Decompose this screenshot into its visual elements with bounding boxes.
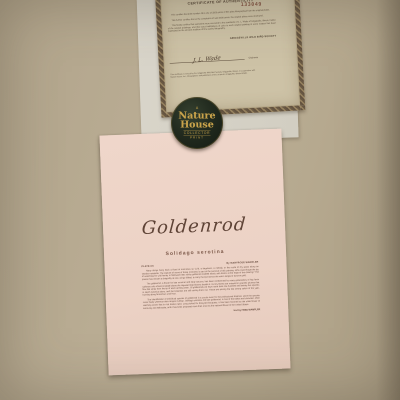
certificate-society-name: GRIGGSVILLE WILD BIRD SOCIETY xyxy=(169,35,277,43)
text-credit: text by FRED WAMPLER xyxy=(143,308,260,315)
album-page-photo: CERTIFICATE OF AUTHENTICITY 133049 This … xyxy=(0,0,400,400)
seal-word-house: House xyxy=(180,120,214,129)
latin-name: Solidago serotina xyxy=(104,247,286,260)
seal-text: A Nature House COLLECTOR PRINT xyxy=(171,97,223,149)
certificate-content: CERTIFICATE OF AUTHENTICITY 133049 This … xyxy=(160,0,285,102)
goldenrod-description-page: Goldenrod Solidago serotina PLATE XX By … xyxy=(99,129,290,376)
plate-number-label: PLATE XX xyxy=(141,265,153,268)
seal-word-collector: COLLECTOR xyxy=(184,131,211,137)
plant-title: Goldenrod xyxy=(102,212,285,240)
signature-line: J. L. Wade xyxy=(169,52,244,63)
description-text-block: PLATE XX By MARYROSE WAMPLER Many things… xyxy=(141,261,261,355)
description-paragraph: The identification of individual species… xyxy=(143,294,260,310)
seal-word-print: PRINT xyxy=(190,137,204,140)
artist-byline: By MARYROSE WAMPLER xyxy=(226,261,258,265)
certificate-fine-print: This certificate is issued by the Griggs… xyxy=(170,69,255,78)
signature-label: Chairman xyxy=(248,56,258,59)
certificate-serial-number: 133049 xyxy=(241,2,262,8)
chairman-signature: J. L. Wade xyxy=(193,54,221,63)
certificate-signature-row: J. L. Wade Chairman xyxy=(169,50,277,63)
nature-house-collector-seal: A Nature House COLLECTOR PRINT xyxy=(171,97,223,149)
